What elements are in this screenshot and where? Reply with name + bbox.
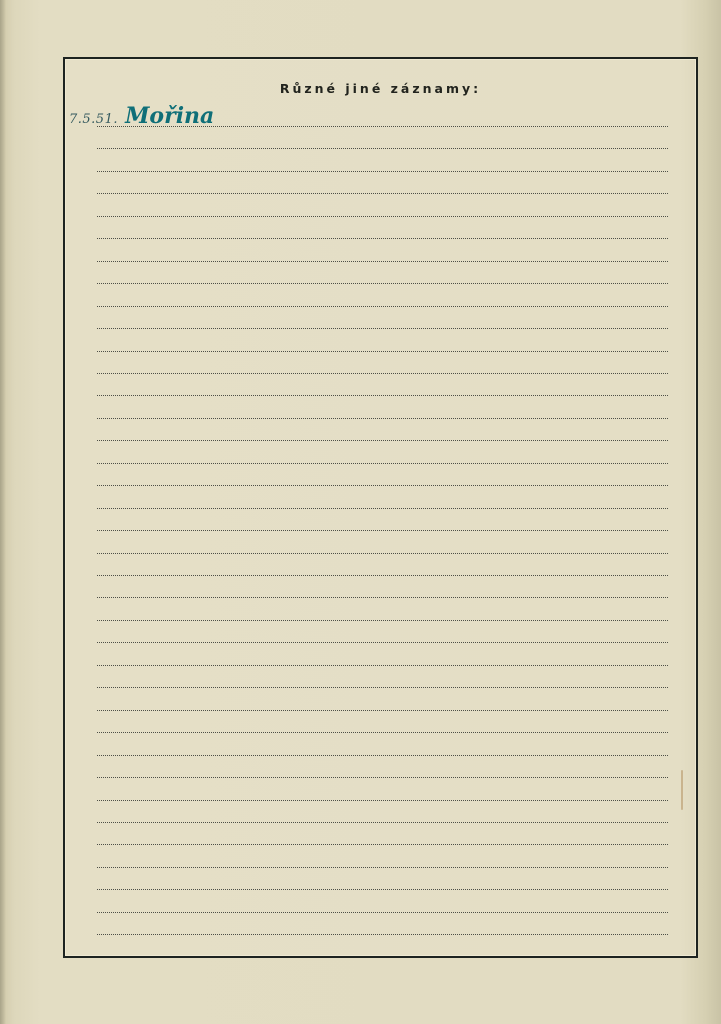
writing-line [97, 822, 668, 823]
writing-line [97, 800, 668, 801]
writing-line [97, 889, 668, 890]
entry-date: 7.5.51. [69, 112, 118, 127]
writing-line [97, 575, 668, 576]
records-frame: Různé jiné záznamy: 7.5.51. Mořina [63, 57, 698, 958]
writing-line [97, 732, 668, 733]
writing-line [97, 351, 668, 352]
writing-line [97, 373, 668, 374]
writing-line [97, 687, 668, 688]
writing-line [97, 463, 668, 464]
writing-line [97, 440, 668, 441]
writing-line [97, 665, 668, 666]
writing-line [97, 777, 668, 778]
writing-line [97, 867, 668, 868]
writing-line [97, 642, 668, 643]
writing-line [97, 508, 668, 509]
page-edge-shadow [0, 0, 6, 1024]
writing-line [97, 755, 668, 756]
writing-line [97, 620, 668, 621]
writing-line [97, 553, 668, 554]
writing-line [97, 126, 668, 127]
writing-line [97, 844, 668, 845]
writing-line [97, 530, 668, 531]
writing-line [97, 171, 668, 172]
writing-line [97, 418, 668, 419]
paper-page: Různé jiné záznamy: 7.5.51. Mořina [0, 0, 721, 1024]
writing-line [97, 328, 668, 329]
form-heading: Různé jiné záznamy: [65, 81, 696, 96]
writing-line [97, 485, 668, 486]
writing-line [97, 238, 668, 239]
paper-stain [681, 770, 683, 810]
writing-line [97, 395, 668, 396]
writing-line [97, 283, 668, 284]
writing-line [97, 261, 668, 262]
writing-line [97, 216, 668, 217]
writing-line [97, 912, 668, 913]
writing-line [97, 710, 668, 711]
writing-line [97, 193, 668, 194]
writing-line [97, 597, 668, 598]
writing-line [97, 306, 668, 307]
writing-line [97, 934, 668, 935]
writing-line [97, 148, 668, 149]
